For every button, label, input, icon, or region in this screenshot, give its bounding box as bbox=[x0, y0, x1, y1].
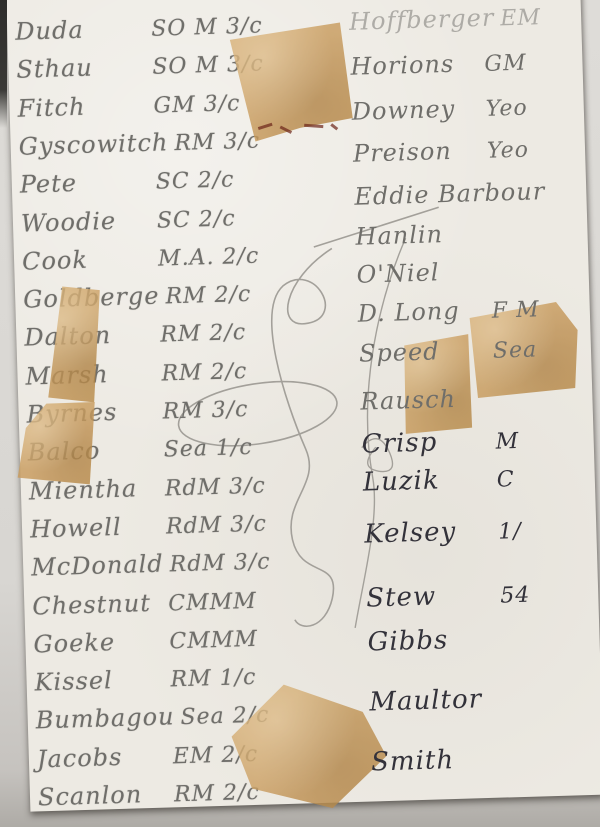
entry-name: Sthau bbox=[16, 52, 147, 84]
entry-name: Woodie bbox=[21, 205, 152, 237]
entry-rating: RdM 3/c bbox=[163, 550, 271, 578]
entry-rating: RdM 3/c bbox=[159, 473, 267, 501]
entry-name: Duda bbox=[15, 14, 146, 46]
entry-rating: RM 2/c bbox=[159, 282, 252, 310]
entry-rating: CMMM bbox=[162, 588, 257, 616]
entry-name: Cook bbox=[22, 244, 153, 276]
entry-rating: RM 2/c bbox=[154, 320, 247, 348]
entry-name: Goeke bbox=[33, 626, 164, 658]
entry-name: Chestnut bbox=[32, 588, 163, 620]
tape-piece-right-small bbox=[398, 332, 476, 436]
entry-rating: RM 2/c bbox=[168, 780, 261, 808]
scanned-roster-page: DudaSO M 3/cSthauSO M 3/cFitchGM 3/cGysc… bbox=[0, 0, 600, 827]
roster-entry: ScanlonRM 2/c bbox=[38, 777, 261, 812]
entry-name: Pete bbox=[19, 167, 150, 199]
entry-rating: CMMM bbox=[163, 627, 258, 655]
entry-name: Kissel bbox=[34, 665, 165, 697]
entry-rating: RdM 3/c bbox=[160, 511, 268, 539]
entry-rating: RM 2/c bbox=[155, 359, 248, 387]
entry-name: Bumbagou bbox=[35, 703, 175, 735]
scan-edge-artifact bbox=[0, 0, 7, 128]
entry-rating: Sea 1/c bbox=[157, 435, 253, 463]
entry-rating: RM 1/c bbox=[164, 665, 257, 693]
entry-rating: SC 2/c bbox=[151, 206, 236, 233]
entry-rating: RM 3/c bbox=[156, 397, 249, 425]
entry-name: Gyscowitch bbox=[18, 128, 168, 160]
entry-rating: SC 2/c bbox=[149, 168, 234, 195]
entry-name: Scanlon bbox=[38, 780, 169, 812]
entry-name: Jacobs bbox=[36, 741, 167, 773]
entry-name: McDonald bbox=[31, 550, 164, 582]
entry-name: Howell bbox=[30, 512, 161, 544]
entry-rating: RM 3/c bbox=[168, 128, 261, 156]
entry-rating: M.A. 2/c bbox=[152, 243, 260, 271]
entry-name: Fitch bbox=[17, 90, 148, 122]
entry-rating: GM 3/c bbox=[147, 91, 241, 119]
